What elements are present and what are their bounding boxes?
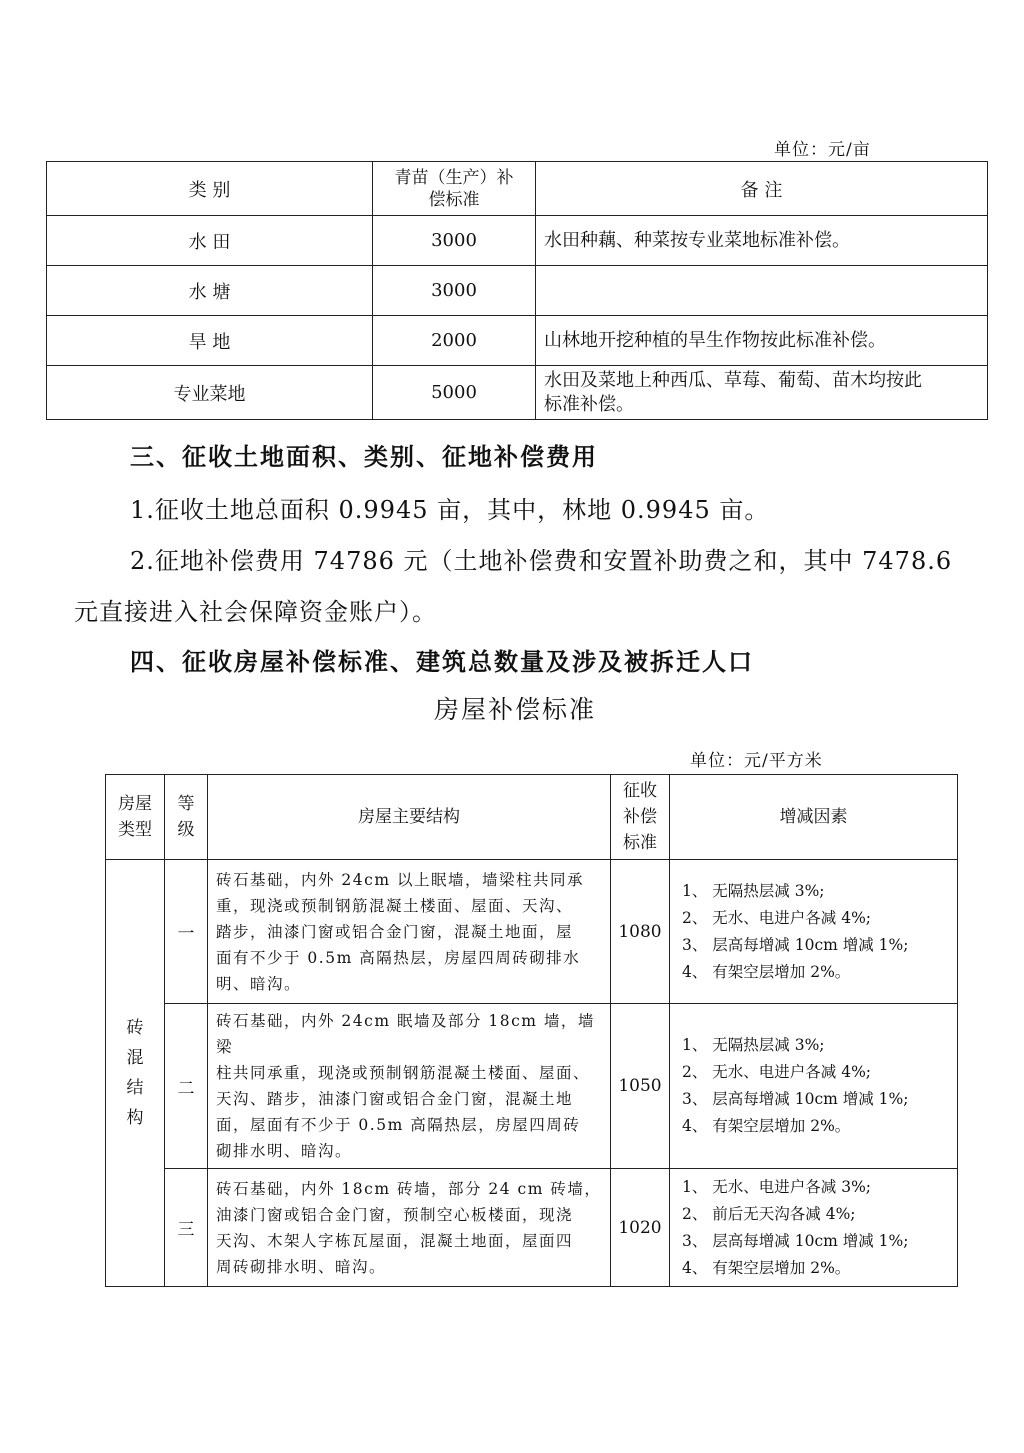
section3-item1: 1.征收土地总面积 0.9945 亩，其中，林地 0.9945 亩。 — [130, 490, 769, 525]
structure-line: 砖石基础，内外 24cm 以上眠墙，墙梁柱共同承 — [216, 867, 602, 893]
cell-standard: 1050 — [611, 1004, 670, 1169]
header-standard: 青苗（生产）补 偿标准 — [373, 162, 536, 216]
cell-remarks: 水田及菜地上种西瓜、草莓、葡萄、苗木均按此 标准补偿。 — [536, 366, 988, 420]
factor-item: 1、 无水、电进户各减 3%; — [682, 1174, 949, 1201]
header-standard: 征收 补偿 标准 — [611, 775, 670, 860]
factor-item: 3、 层高每增减 10cm 增减 1%; — [682, 1086, 949, 1113]
cell-factors: 1、 无隔热层减 3%; 2、 无水、电进户各减 4%; 3、 层高每增减 10… — [670, 860, 958, 1004]
structure-line: 踏步，油漆门窗或铝合金门窗，混凝土地面，屋 — [216, 919, 602, 945]
table-row: 旱 地 2000 山林地开挖种植的旱生作物按此标准补偿。 — [47, 316, 988, 366]
cell-structure: 砖石基础，内外 24cm 眠墙及部分 18cm 墙，墙梁 柱共同承重，现浇或预制… — [208, 1004, 611, 1169]
section4-heading: 四、征收房屋补偿标准、建筑总数量及涉及被拆迁人口 — [130, 642, 754, 677]
cell-standard: 5000 — [373, 366, 536, 420]
cell-grade: 三 — [165, 1169, 208, 1287]
structure-line: 天沟、踏步，油漆门窗或铝合金门窗，混凝土地 — [216, 1086, 602, 1112]
header-category: 类 别 — [47, 162, 373, 216]
cell-structure: 砖石基础，内外 24cm 以上眠墙，墙梁柱共同承 重，现浇或预制钢筋混凝土楼面、… — [208, 860, 611, 1004]
structure-line: 砖石基础，内外 18cm 砖墙，部分 24 cm 砖墙， — [216, 1176, 602, 1202]
structure-line: 面有不少于 0.5m 高隔热层，房屋四周砖砌排水 — [216, 945, 602, 971]
header-grade-line1: 等 — [165, 791, 207, 817]
cell-factors: 1、 无隔热层减 3%; 2、 无水、电进户各减 4%; 3、 层高每增减 10… — [670, 1004, 958, 1169]
structure-line: 油漆门窗或铝合金门窗，预制空心板楼面，现浇 — [216, 1202, 602, 1228]
factor-item: 1、 无隔热层减 3%; — [682, 1032, 949, 1059]
header-house-type-line1: 房屋 — [106, 791, 164, 817]
cell-standard: 1020 — [611, 1169, 670, 1287]
cell-remarks: 山林地开挖种植的旱生作物按此标准补偿。 — [536, 316, 988, 366]
header-grade: 等 级 — [165, 775, 208, 860]
table-row: 水 塘 3000 — [47, 266, 988, 316]
table-row: 水 田 3000 水田种藕、种菜按专业菜地标准补偿。 — [47, 216, 988, 266]
cell-category: 水 塘 — [47, 266, 373, 316]
table-header-row: 类 别 青苗（生产）补 偿标准 备 注 — [47, 162, 988, 216]
structure-line: 砖石基础，内外 24cm 眠墙及部分 18cm 墙，墙梁 — [216, 1008, 602, 1060]
remarks-line2: 标准补偿。 — [544, 393, 987, 417]
factor-item: 4、 有架空层增加 2%。 — [682, 1255, 949, 1282]
section3-item2-line1: 2.征地补偿费用 74786 元（土地补偿费和安置补助费之和，其中 7478.6 — [130, 541, 952, 576]
factor-item: 2、 无水、电进户各减 4%; — [682, 905, 949, 932]
structure-line: 重，现浇或预制钢筋混凝土楼面、屋面、天沟、 — [216, 893, 602, 919]
cell-house-type: 砖 混 结 构 — [106, 860, 165, 1287]
cell-structure: 砖石基础，内外 18cm 砖墙，部分 24 cm 砖墙， 油漆门窗或铝合金门窗，… — [208, 1169, 611, 1287]
seedling-compensation-table: 类 别 青苗（生产）补 偿标准 备 注 水 田 3000 水田种藕、种菜按专业菜… — [46, 161, 988, 420]
structure-line: 砌排水明、暗沟。 — [216, 1138, 602, 1164]
header-house-type-line2: 类型 — [106, 817, 164, 843]
header-structure: 房屋主要结构 — [208, 775, 611, 860]
header-standard-line1: 青苗（生产）补 — [373, 167, 535, 189]
structure-line: 周砖砌排水明、暗沟。 — [216, 1254, 602, 1280]
structure-line: 明、暗沟。 — [216, 971, 602, 997]
table-row: 砖 混 结 构 一 砖石基础，内外 24cm 以上眠墙，墙梁柱共同承 重，现浇或… — [106, 860, 958, 1004]
house-type-char: 砖 — [106, 1013, 164, 1043]
header-standard-line2: 补偿 — [611, 804, 669, 830]
cell-remarks — [536, 266, 988, 316]
factor-item: 3、 层高每增减 10cm 增减 1%; — [682, 1228, 949, 1255]
header-standard-line1: 征收 — [611, 778, 669, 804]
cell-category: 专业菜地 — [47, 366, 373, 420]
table-header-row: 房屋 类型 等 级 房屋主要结构 征收 补偿 标准 增减因素 — [106, 775, 958, 860]
house-type-char: 构 — [106, 1103, 164, 1133]
table-row: 三 砖石基础，内外 18cm 砖墙，部分 24 cm 砖墙， 油漆门窗或铝合金门… — [106, 1169, 958, 1287]
factor-item: 2、 无水、电进户各减 4%; — [682, 1059, 949, 1086]
factor-item: 1、 无隔热层减 3%; — [682, 878, 949, 905]
factor-item: 4、 有架空层增加 2%。 — [682, 1113, 949, 1140]
table2-unit-label: 单位：元/平方米 — [690, 746, 823, 771]
table-row: 专业菜地 5000 水田及菜地上种西瓜、草莓、葡萄、苗木均按此 标准补偿。 — [47, 366, 988, 420]
table2-title: 房屋补偿标准 — [434, 690, 596, 726]
cell-category: 旱 地 — [47, 316, 373, 366]
house-type-char: 混 — [106, 1043, 164, 1073]
cell-factors: 1、 无水、电进户各减 3%; 2、 前后无天沟各减 4%; 3、 层高每增减 … — [670, 1169, 958, 1287]
header-standard-line2: 偿标准 — [373, 189, 535, 211]
cell-standard: 3000 — [373, 266, 536, 316]
structure-line: 面，屋面有不少于 0.5m 高隔热层，房屋四周砖 — [216, 1112, 602, 1138]
header-grade-line2: 级 — [165, 817, 207, 843]
factor-item: 3、 层高每增减 10cm 增减 1%; — [682, 932, 949, 959]
cell-category: 水 田 — [47, 216, 373, 266]
house-compensation-table: 房屋 类型 等 级 房屋主要结构 征收 补偿 标准 增减因素 砖 混 结 构 一… — [105, 774, 958, 1287]
structure-line: 天沟、木架人字栋瓦屋面，混凝土地面，屋面四 — [216, 1228, 602, 1254]
cell-grade: 二 — [165, 1004, 208, 1169]
header-remarks: 备 注 — [536, 162, 988, 216]
cell-standard: 1080 — [611, 860, 670, 1004]
section3-heading: 三、征收土地面积、类别、征地补偿费用 — [130, 437, 598, 472]
house-type-char: 结 — [106, 1073, 164, 1103]
factor-item: 2、 前后无天沟各减 4%; — [682, 1201, 949, 1228]
table1-unit-label: 单位：元/亩 — [774, 135, 871, 160]
table-row: 二 砖石基础，内外 24cm 眠墙及部分 18cm 墙，墙梁 柱共同承重，现浇或… — [106, 1004, 958, 1169]
cell-standard: 3000 — [373, 216, 536, 266]
structure-line: 柱共同承重，现浇或预制钢筋混凝土楼面、屋面、 — [216, 1060, 602, 1086]
cell-standard: 2000 — [373, 316, 536, 366]
remarks-line1: 水田及菜地上种西瓜、草莓、葡萄、苗木均按此 — [544, 369, 987, 393]
cell-remarks: 水田种藕、种菜按专业菜地标准补偿。 — [536, 216, 988, 266]
section3-item2-line2: 元直接进入社会保障资金账户）。 — [74, 592, 437, 627]
factor-item: 4、 有架空层增加 2%。 — [682, 959, 949, 986]
header-standard-line3: 标准 — [611, 830, 669, 856]
header-house-type: 房屋 类型 — [106, 775, 165, 860]
header-factors: 增减因素 — [670, 775, 958, 860]
cell-grade: 一 — [165, 860, 208, 1004]
